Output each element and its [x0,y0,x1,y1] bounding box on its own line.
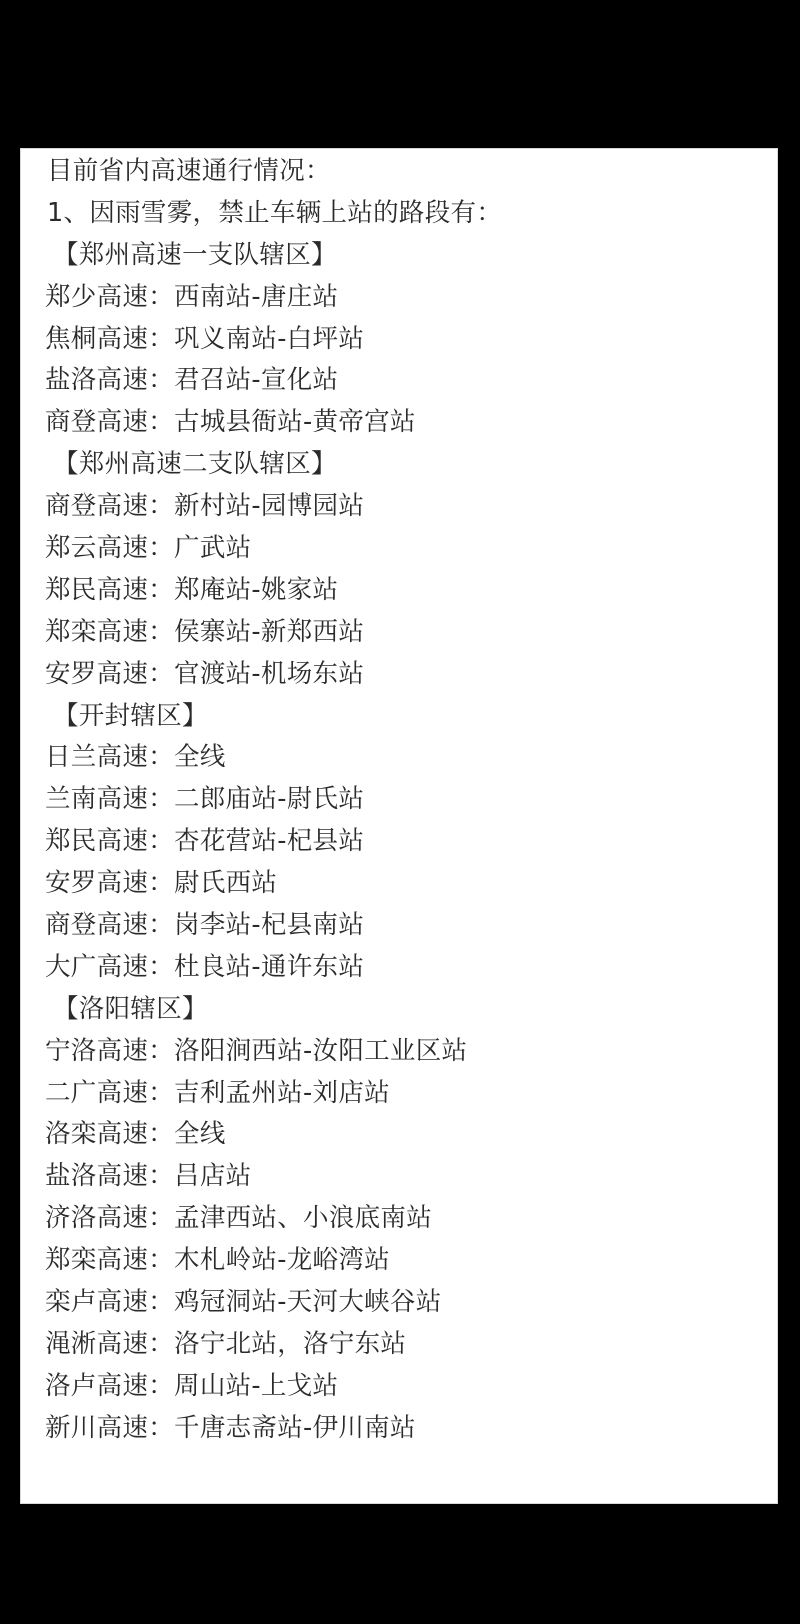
road-segment: 洛阳涧西站-汝阳工业区站 [174,1036,467,1066]
road-name: 安罗高速： [45,868,174,898]
road-segment: 吉利孟州站-刘店站 [174,1078,390,1108]
road-name: 宁洛高速： [45,1036,174,1066]
road-name: 商登高速： [45,491,174,521]
road-segment: 杜良站-通许东站 [174,952,364,982]
road-name: 商登高速： [45,910,174,940]
road-segment: 岗李站-杞县南站 [174,910,364,940]
road-name: 洛卢高速： [45,1371,174,1401]
section-header-zhengzhou-2: 【郑州高速二支队辖区】 [45,444,767,486]
section-header-kaifeng: 【开封辖区】 [45,696,767,738]
road-name: 盐洛高速： [45,365,174,395]
road-entry: 二广高速：吉利孟州站-刘店站 [45,1073,767,1115]
road-segment: 周山站-上戈站 [174,1371,338,1401]
road-name: 新川高速： [45,1413,174,1443]
road-segment: 巩义南站-白坪站 [174,324,364,354]
road-entry: 商登高速：古城县衙站-黄帝宫站 [45,402,767,444]
road-entry: 洛卢高速：周山站-上戈站 [45,1366,767,1408]
road-segment: 西南站-唐庄站 [174,282,338,312]
road-segment: 侯寨站-新郑西站 [174,617,364,647]
road-segment: 孟津西站、小浪底南站 [174,1203,432,1233]
road-segment: 广武站 [174,533,251,563]
road-entry: 新川高速：千唐志斋站-伊川南站 [45,1408,767,1450]
road-entry: 安罗高速：尉氏西站 [45,863,767,905]
road-entry: 郑少高速：西南站-唐庄站 [45,277,767,319]
road-segment: 君召站-宣化站 [174,365,338,395]
road-entry: 郑栾高速：木札岭站-龙峪湾站 [45,1240,767,1282]
road-name: 焦桐高速： [45,324,174,354]
road-segment: 新村站-园博园站 [174,491,364,521]
notice-lines: 目前省内高速通行情况： 1、因雨雪雾，禁止车辆上站的路段有： 【郑州高速一支队辖… [45,151,767,1450]
road-segment: 郑庵站-姚家站 [174,575,338,605]
road-name: 郑民高速： [45,575,174,605]
road-entry: 商登高速：岗李站-杞县南站 [45,905,767,947]
road-segment: 吕店站 [174,1161,251,1191]
road-segment: 鸡冠洞站-天河大峡谷站 [174,1287,442,1317]
road-name: 商登高速： [45,407,174,437]
road-name: 安罗高速： [45,659,174,689]
notice-subtitle: 1、因雨雪雾，禁止车辆上站的路段有： [45,193,767,235]
road-segment: 尉氏西站 [174,868,277,898]
notice-panel: 目前省内高速通行情况： 1、因雨雪雾，禁止车辆上站的路段有： 【郑州高速一支队辖… [20,148,778,1504]
road-entry: 郑民高速：杏花营站-杞县站 [45,821,767,863]
road-entry: 济洛高速：孟津西站、小浪底南站 [45,1198,767,1240]
road-entry: 日兰高速：全线 [45,737,767,779]
road-name: 栾卢高速： [45,1287,174,1317]
road-name: 兰南高速： [45,784,174,814]
road-name: 渑淅高速： [45,1329,174,1359]
road-name: 郑少高速： [45,282,174,312]
road-entry: 大广高速：杜良站-通许东站 [45,947,767,989]
road-entry: 焦桐高速：巩义南站-白坪站 [45,319,767,361]
road-name: 济洛高速： [45,1203,174,1233]
road-name: 郑栾高速： [45,1245,174,1275]
road-name: 洛栾高速： [45,1119,174,1149]
road-segment: 木札岭站-龙峪湾站 [174,1245,390,1275]
road-name: 盐洛高速： [45,1161,174,1191]
road-name: 日兰高速： [45,742,174,772]
notice-title: 目前省内高速通行情况： [45,151,767,193]
road-segment: 古城县衙站-黄帝宫站 [174,407,416,437]
road-segment: 洛宁北站，洛宁东站 [174,1329,406,1359]
road-entry: 郑云高速：广武站 [45,528,767,570]
road-segment: 千唐志斋站-伊川南站 [174,1413,416,1443]
road-entry: 渑淅高速：洛宁北站，洛宁东站 [45,1324,767,1366]
road-entry: 栾卢高速：鸡冠洞站-天河大峡谷站 [45,1282,767,1324]
section-header-zhengzhou-1: 【郑州高速一支队辖区】 [45,235,767,277]
road-segment: 全线 [174,1119,226,1149]
road-entry: 兰南高速：二郎庙站-尉氏站 [45,779,767,821]
road-entry: 郑民高速：郑庵站-姚家站 [45,570,767,612]
road-entry: 盐洛高速：君召站-宣化站 [45,360,767,402]
road-entry: 安罗高速：官渡站-机场东站 [45,654,767,696]
road-segment: 官渡站-机场东站 [174,659,364,689]
road-name: 郑云高速： [45,533,174,563]
road-name: 郑民高速： [45,826,174,856]
road-segment: 二郎庙站-尉氏站 [174,784,364,814]
road-entry: 商登高速：新村站-园博园站 [45,486,767,528]
section-header-luoyang: 【洛阳辖区】 [45,989,767,1031]
road-entry: 洛栾高速：全线 [45,1114,767,1156]
road-name: 郑栾高速： [45,617,174,647]
road-name: 二广高速： [45,1078,174,1108]
road-name: 大广高速： [45,952,174,982]
road-segment: 全线 [174,742,226,772]
road-entry: 盐洛高速：吕店站 [45,1156,767,1198]
road-entry: 郑栾高速：侯寨站-新郑西站 [45,612,767,654]
road-segment: 杏花营站-杞县站 [174,826,364,856]
road-entry: 宁洛高速：洛阳涧西站-汝阳工业区站 [45,1031,767,1073]
